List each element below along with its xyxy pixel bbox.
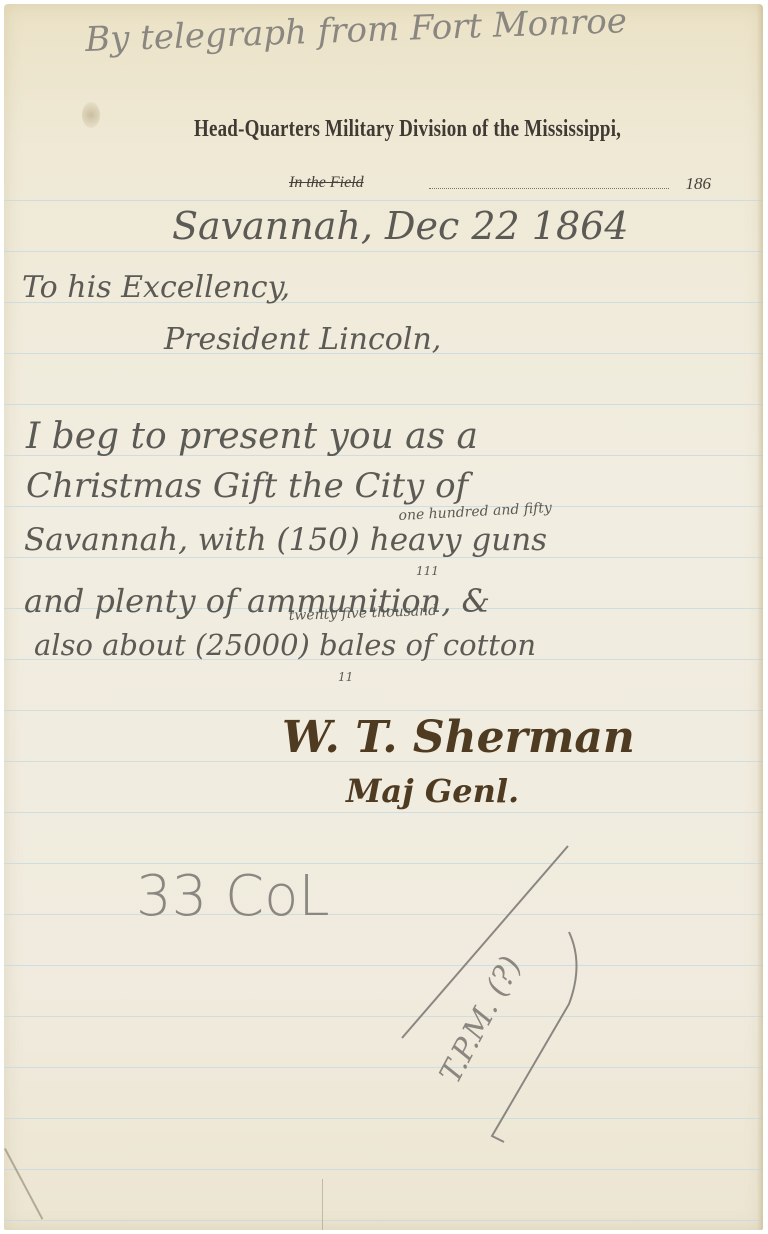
pencil-slash-mark [4, 4, 763, 1230]
letter-page: By telegraph from Fort Monroe Head-Quart… [4, 4, 763, 1230]
